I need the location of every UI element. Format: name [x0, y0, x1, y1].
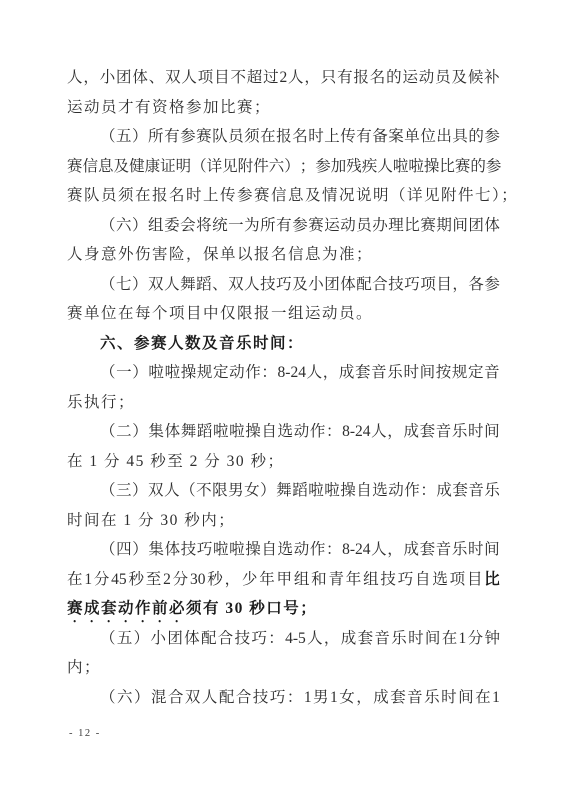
text-token: 45 [111, 565, 127, 595]
text-token: 分 [173, 565, 189, 595]
text-token: 团 [167, 624, 183, 654]
text-token: 有 [276, 211, 292, 241]
text-token: （ [100, 683, 116, 713]
text-token: 技 [253, 683, 269, 713]
text-token: 疾 [362, 152, 378, 182]
text-token: 员 [435, 63, 451, 93]
text-token: 乐 [452, 535, 468, 565]
text-token: 集 [148, 535, 164, 565]
text-token: 为 [244, 211, 260, 241]
text-token: 操 [245, 417, 261, 447]
text-token: 具 [452, 122, 468, 152]
text-token: 期 [436, 211, 452, 241]
text-token: 女 [244, 476, 260, 506]
text-token: 集 [148, 417, 164, 447]
text-token: 乐 [387, 358, 403, 388]
text-token: 操 [424, 152, 440, 182]
text-token: 体 [184, 624, 200, 654]
text-token: 8-24 [342, 535, 370, 565]
text-token: 参 [292, 211, 308, 241]
text-token: 音 [374, 624, 390, 654]
text-token: 动 [294, 535, 310, 565]
text-token: 音 [436, 417, 452, 447]
text-token: 双 [148, 270, 164, 300]
text-line: 时间在 1 分 30 秒内； [67, 506, 500, 536]
text-token: 蹈 [292, 476, 308, 506]
text-token: 乐 [452, 417, 468, 447]
text-token: 六 [117, 683, 133, 713]
text-token: 一 [116, 358, 132, 388]
text-token: 和 [311, 565, 327, 595]
text-run: 六、参赛人数及音乐时间： [100, 335, 304, 352]
text-token: 1 [330, 683, 338, 713]
text-token: 案 [388, 122, 404, 152]
text-token: ） [132, 535, 148, 565]
text-token: ） [132, 270, 148, 300]
text-token: 明 [176, 152, 192, 182]
text-token: ： [261, 358, 277, 388]
text-token: ； [300, 152, 316, 182]
text-token: 舞 [276, 476, 292, 506]
text-token: 成 [436, 476, 452, 506]
text-token: 会 [180, 211, 196, 241]
text-token: 体 [484, 211, 500, 241]
text-run: 赛队员须在报名时上传参赛信息及情况说明（详见附件七）； [67, 187, 518, 204]
text-token: 分 [468, 624, 484, 654]
text-token: 啦 [213, 417, 229, 447]
text-token: 二 [116, 417, 132, 447]
text-token: （ [100, 211, 116, 241]
text-token: 啦 [393, 152, 409, 182]
text-token: 合 [168, 683, 184, 713]
text-token: 详 [207, 152, 223, 182]
text-line: （三）双人（不限男女）舞蹈啦啦操自选动作：成套音乐 [67, 476, 500, 506]
text-token: 音 [484, 358, 500, 388]
text-token: 五 [116, 122, 132, 152]
document-body: 人，小团体、双人项目不超过2人，只有报名的运动员及候补运动员才有资格参加比赛；（… [67, 63, 500, 712]
text-token: 各 [468, 270, 484, 300]
text-token: 人 [164, 270, 180, 300]
text-token: 团 [324, 270, 340, 300]
text-token: 残 [346, 152, 362, 182]
text-token: 动 [388, 476, 404, 506]
text-token: 选 [278, 417, 294, 447]
text-token: ） [132, 122, 148, 152]
text-token: 年 [346, 565, 362, 595]
text-token: 套 [358, 624, 374, 654]
text-token: 在 [475, 683, 491, 713]
text-token: 运 [402, 63, 418, 93]
text-token: ： [287, 683, 303, 713]
text-token: 成 [341, 624, 357, 654]
text-token: 作 [310, 535, 326, 565]
text-token: 啦 [408, 152, 424, 182]
text-token: ） [134, 624, 150, 654]
text-token: 六 [269, 152, 285, 182]
text-token: ， [387, 417, 403, 447]
text-token: ） [134, 683, 150, 713]
text-line: 人身意外伤害险，保单以报名信息为准； [67, 240, 500, 270]
text-token: 按 [436, 358, 452, 388]
text-token: 体 [165, 417, 181, 447]
text-token: ） [260, 476, 276, 506]
text-token: 配 [201, 624, 217, 654]
text-run: 运动员才有资格参加比赛； [67, 99, 271, 116]
text-token: 名 [292, 122, 308, 152]
text-run: 人身意外伤害险，保单以报名信息为准； [67, 246, 373, 263]
text-token: 音 [407, 683, 423, 713]
text-token: 参 [486, 152, 502, 182]
text-token: 项 [450, 565, 466, 595]
text-token: 乐 [424, 683, 440, 713]
text-line: （六）组委会将统一为所有参赛运动员办理比赛期间团体 [67, 211, 500, 241]
text-token: ： [326, 535, 342, 565]
text-token: 操 [340, 476, 356, 506]
text-token: 理 [388, 211, 404, 241]
text-token: 小 [308, 270, 324, 300]
text-token: 1 [304, 683, 312, 713]
text-token: 委 [164, 211, 180, 241]
text-token: ， [356, 683, 372, 713]
text-token: 、 [212, 270, 228, 300]
text-token: 人 [288, 63, 304, 93]
text-token: ， [304, 63, 320, 93]
text-token: 男 [313, 683, 329, 713]
text-token: 乐 [391, 624, 407, 654]
text-token: 双 [165, 63, 181, 93]
text-line: （五）所有参赛队员须在报名时上传有备案单位出具的参 [67, 122, 500, 152]
text-token: 选 [432, 565, 448, 595]
text-token: 的 [468, 122, 484, 152]
text-token: 有 [356, 122, 372, 152]
text-token: 间 [420, 358, 436, 388]
text-token: （ [100, 535, 116, 565]
text-token: 啦 [229, 417, 245, 447]
text-token: 附 [238, 152, 254, 182]
text-token: 在 [67, 565, 83, 595]
text-token: 在 [260, 122, 276, 152]
text-token: 比 [404, 211, 420, 241]
text-token: 啦 [229, 535, 245, 565]
text-token: 体 [132, 63, 148, 93]
text-token: 动 [340, 211, 356, 241]
text-token: 动 [229, 358, 245, 388]
text-token: 钟 [484, 624, 500, 654]
text-token: 员 [356, 211, 372, 241]
text-token: ： [326, 417, 342, 447]
text-token: ） [132, 358, 148, 388]
text-token: 少 [242, 565, 258, 595]
text-token: 双 [185, 683, 201, 713]
text-token: 音 [436, 535, 452, 565]
text-token: 时 [468, 535, 484, 565]
text-token: 分 [94, 565, 110, 595]
text-token: 成 [339, 358, 355, 388]
text-token: 人 [202, 683, 218, 713]
text-token: 动 [294, 417, 310, 447]
text-token: 目 [467, 565, 483, 595]
text-token: 康 [145, 152, 161, 182]
text-token: 参 [484, 270, 500, 300]
text-token: 目 [214, 63, 230, 93]
text-token: 只 [321, 63, 337, 93]
text-line: 赛队员须在报名时上传参赛信息及情况说明（详见附件七）； [67, 181, 500, 211]
text-token: 件 [253, 152, 269, 182]
text-line: 运动员才有资格参加比赛； [67, 93, 500, 123]
text-token: 8-24 [278, 358, 306, 388]
text-token: 作 [245, 358, 261, 388]
text-token: 双 [228, 270, 244, 300]
text-line: 人，小团体、双人项目不超过2人，只有报名的运动员及候补 [67, 63, 500, 93]
text-token: （ [100, 417, 116, 447]
text-token: 统 [212, 211, 228, 241]
text-token: 不 [196, 476, 212, 506]
text-token: 1 [492, 683, 500, 713]
text-token: 参 [180, 122, 196, 152]
text-token: 选 [278, 535, 294, 565]
text-token: 间 [484, 535, 500, 565]
text-token: 自 [415, 565, 431, 595]
text-token: 补 [484, 63, 500, 93]
text-token: 音 [371, 358, 387, 388]
text-token: 青 [328, 565, 344, 595]
text-token: 人 [371, 417, 387, 447]
text-token: 套 [452, 476, 468, 506]
text-token: 及 [114, 152, 130, 182]
text-token: 单 [404, 122, 420, 152]
text-token: 啦 [308, 476, 324, 506]
text-token: 规 [452, 358, 468, 388]
text-line: （四）集体技巧啦啦操自选动作：8-24人，成套音乐时间 [67, 535, 500, 565]
text-token: 技 [181, 535, 197, 565]
text-token: 的 [470, 152, 486, 182]
text-token: 三 [116, 476, 132, 506]
text-token: 赛 [196, 122, 212, 152]
text-token: 配 [219, 683, 235, 713]
text-token: 成 [403, 535, 419, 565]
text-line: （六）混合双人配合技巧：1男1女，成套音乐时间在1 [67, 683, 500, 713]
text-token: 见 [222, 152, 238, 182]
text-token: 小 [100, 63, 116, 93]
text-token: 啦 [148, 358, 164, 388]
text-token: 自 [356, 476, 372, 506]
text-line: （五）小团体配合技巧：4-5人，成套音乐时间在1分钟 [67, 624, 500, 654]
text-token: 蹈 [197, 417, 213, 447]
text-token: 有 [337, 63, 353, 93]
text-token: 人 [307, 358, 323, 388]
text-token: 限 [212, 476, 228, 506]
text-token: 间 [484, 417, 500, 447]
text-token: 间 [452, 211, 468, 241]
text-token: 报 [353, 63, 369, 93]
text-token: 年 [259, 565, 275, 595]
text-token: 组 [148, 211, 164, 241]
text-token: 合 [236, 683, 252, 713]
text-token: ： [268, 624, 284, 654]
text-token: 巧 [404, 270, 420, 300]
text-token: 巧 [197, 535, 213, 565]
text-token: 参 [315, 152, 331, 182]
text-token: 合 [372, 270, 388, 300]
text-token: 1 [84, 565, 92, 595]
text-token: 息 [98, 152, 114, 182]
text-run: 须有 30 秒口号； [186, 600, 317, 617]
text-token: 时 [308, 122, 324, 152]
text-token: 办 [372, 211, 388, 241]
text-token: 成 [373, 683, 389, 713]
text-token: 组 [294, 565, 310, 595]
text-token: 选 [372, 476, 388, 506]
page-number: - 12 - [69, 728, 101, 739]
text-token: 舞 [180, 270, 196, 300]
text-token: 啦 [165, 358, 181, 388]
document-page: 人，小团体、双人项目不超过2人，只有报名的运动员及候补运动员才有资格参加比赛；（… [0, 0, 566, 800]
text-token: 间 [425, 624, 441, 654]
text-token: 自 [261, 417, 277, 447]
text-token: 30 [190, 565, 206, 595]
text-token: 运 [324, 211, 340, 241]
text-token: （ [100, 624, 116, 654]
text-token: 间 [458, 683, 474, 713]
text-token: ） [132, 476, 148, 506]
text-token: 人 [181, 63, 197, 93]
text-token: 、 [149, 63, 165, 93]
text-token: 甲 [277, 565, 293, 595]
text-token: 人 [67, 63, 83, 93]
text-token: 舞 [181, 417, 197, 447]
text-token: ， [83, 63, 99, 93]
text-token: 赛 [455, 152, 471, 182]
text-token: 的 [386, 63, 402, 93]
text-token: 定 [213, 358, 229, 388]
text-token: 蹈 [196, 270, 212, 300]
text-token: 赛 [420, 211, 436, 241]
text-token: 秒 [128, 565, 144, 595]
text-token: 操 [181, 358, 197, 388]
text-token: ， [323, 358, 339, 388]
text-token: 有 [164, 122, 180, 152]
text-token: 8-24 [342, 417, 370, 447]
text-token: ， [452, 270, 468, 300]
text-token: 双 [148, 476, 164, 506]
text-token: 体 [340, 270, 356, 300]
text-token: ， [324, 624, 340, 654]
text-line: （七）双人舞蹈、双人技巧及小团体配合技巧项目，各参 [67, 270, 500, 300]
text-token: 技 [235, 624, 251, 654]
text-token: 巧 [251, 624, 267, 654]
text-token: ） [284, 152, 300, 182]
text-token: 配 [356, 270, 372, 300]
text-token: 比 [484, 565, 500, 595]
text-token: 规 [197, 358, 213, 388]
text-token: 巧 [270, 683, 286, 713]
text-token: （ [100, 270, 116, 300]
text-token: 小 [150, 624, 166, 654]
text-token: 啦 [213, 535, 229, 565]
text-token: 所 [148, 122, 164, 152]
text-run: 内； [67, 659, 101, 676]
text-token: 动 [419, 63, 435, 93]
text-token: 混 [151, 683, 167, 713]
text-token: 作 [404, 476, 420, 506]
text-token: 组 [363, 565, 379, 595]
text-run: 赛成套动作前必 [67, 600, 186, 617]
text-token: 套 [420, 417, 436, 447]
text-line: 在 1 分 45 秒至 2 分 30 秒； [67, 447, 500, 477]
text-token: 体 [165, 535, 181, 565]
text-token: 所 [260, 211, 276, 241]
text-token: （ [100, 476, 116, 506]
text-token: （ [100, 358, 116, 388]
text-token: 加 [331, 152, 347, 182]
text-token: 项 [420, 270, 436, 300]
text-token: 女 [339, 683, 355, 713]
text-token: ） [132, 417, 148, 447]
text-token: 赛 [67, 152, 83, 182]
text-token: 证 [160, 152, 176, 182]
text-token: ， [225, 565, 241, 595]
text-token: 不 [230, 63, 246, 93]
text-token: 将 [196, 211, 212, 241]
text-line: 赛单位在每个项目中仅限报一组运动员。 [67, 299, 500, 329]
text-token: 项 [198, 63, 214, 93]
text-token: 七 [116, 270, 132, 300]
text-token: 及 [292, 270, 308, 300]
text-token: ， [387, 535, 403, 565]
text-token: 自 [261, 535, 277, 565]
text-token: 队 [212, 122, 228, 152]
text-line: 内； [67, 653, 500, 683]
text-token: （ [100, 122, 116, 152]
text-token: 团 [116, 63, 132, 93]
text-token: 人 [371, 535, 387, 565]
text-run: 时间在 1 分 30 秒内； [67, 512, 235, 529]
text-token: 至 [146, 565, 162, 595]
text-line: 赛成套动作前必须有 30 秒口号； [67, 594, 500, 624]
text-token: 出 [436, 122, 452, 152]
text-token: 传 [340, 122, 356, 152]
text-token: 上 [324, 122, 340, 152]
text-line: 在1分45秒至2分30秒，少年甲组和青年组技巧自选项目比 [67, 565, 500, 595]
text-token: 过 [263, 63, 279, 93]
text-token: 啦 [324, 476, 340, 506]
text-token: 巧 [398, 565, 414, 595]
text-token: 候 [468, 63, 484, 93]
text-line: 赛信息及健康证明（详见附件六）；参加残疾人啦啦操比赛的参 [67, 152, 500, 182]
text-token: 技 [388, 270, 404, 300]
text-token: 技 [380, 565, 396, 595]
text-run: 乐执行； [67, 394, 135, 411]
text-token: 人 [164, 476, 180, 506]
text-token: 合 [218, 624, 234, 654]
text-token: 音 [468, 476, 484, 506]
text-token: 五 [117, 624, 133, 654]
text-token: 技 [260, 270, 276, 300]
text-token: 成 [403, 417, 419, 447]
text-token: 备 [372, 122, 388, 152]
text-token: 男 [228, 476, 244, 506]
text-token: 超 [247, 63, 263, 93]
text-token: ） [132, 211, 148, 241]
text-token: 人 [244, 270, 260, 300]
text-token: 定 [468, 358, 484, 388]
text-token: 套 [355, 358, 371, 388]
text-line: 乐执行； [67, 388, 500, 418]
text-token: 信 [83, 152, 99, 182]
text-token: 时 [441, 683, 457, 713]
text-token: 比 [439, 152, 455, 182]
text-line: （一）啦啦操规定动作：8-24人，成套音乐时间按规定音 [67, 358, 500, 388]
